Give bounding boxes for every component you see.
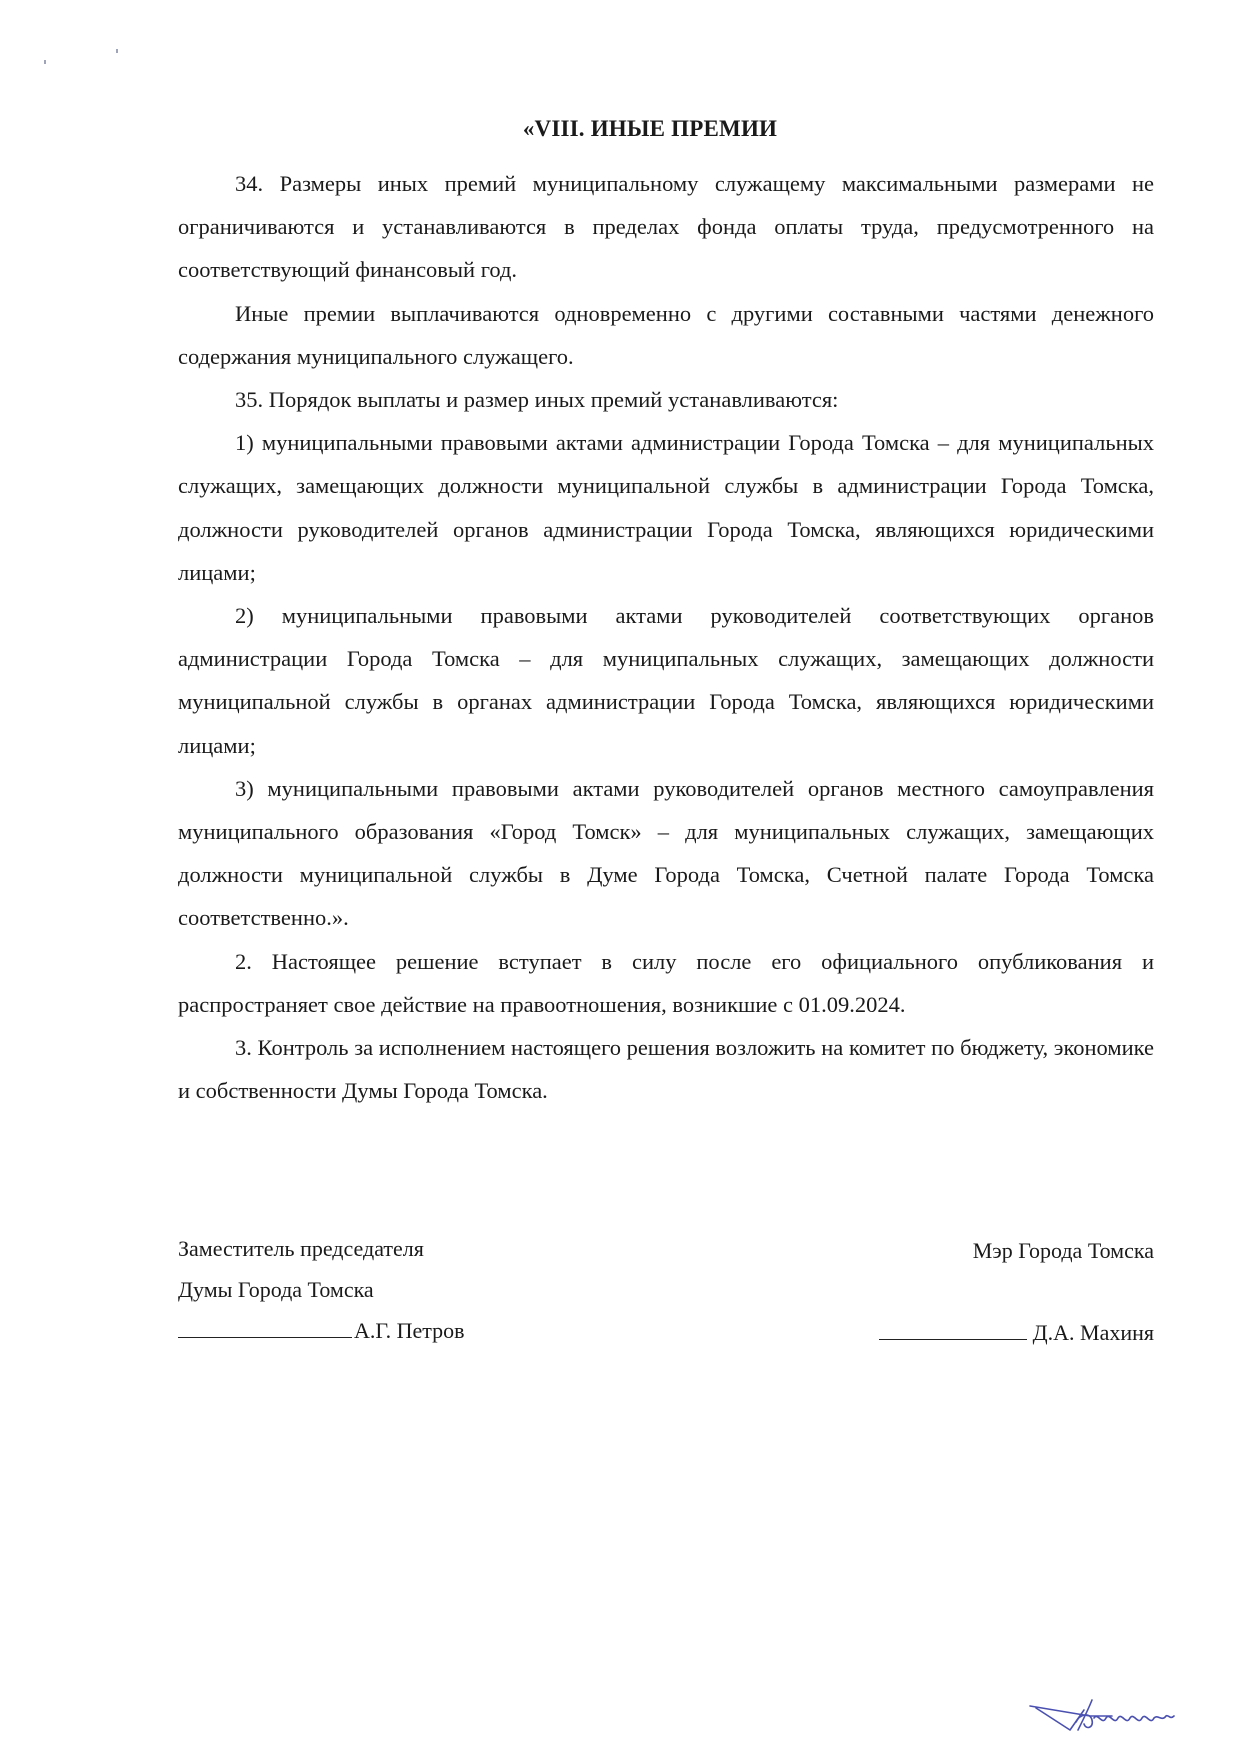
signer-position-line1: Заместитель председателя	[178, 1228, 465, 1269]
paragraph-2-effective-date: 2. Настоящее решение вступает в силу пос…	[178, 940, 1154, 1026]
signer-position: Мэр Города Томска	[879, 1230, 1154, 1271]
scan-speck	[116, 49, 118, 53]
signature-block-left: Заместитель председателя Думы Города Том…	[178, 1228, 465, 1351]
signer-name: А.Г. Петров	[354, 1318, 465, 1343]
signer-position-line2: Думы Города Томска	[178, 1269, 465, 1310]
spacer	[879, 1271, 1154, 1312]
paragraph-other-premiums: Иные премии выплачиваются одновременно с…	[178, 292, 1154, 378]
signer-name: Д.А. Махиня	[1033, 1320, 1154, 1345]
document-page: «VIII. ИНЫЕ ПРЕМИИ 34. Размеры иных прем…	[0, 0, 1240, 1753]
paragraph-35-item-1: 1) муниципальными правовыми актами админ…	[178, 421, 1154, 594]
handwritten-initials-icon	[1028, 1692, 1188, 1736]
signature-line	[879, 1339, 1027, 1340]
signer-name-row: А.Г. Петров	[178, 1310, 465, 1351]
section-title: «VIII. ИНЫЕ ПРЕМИИ	[0, 116, 1240, 142]
signature-block-right: Мэр Города Томска Д.А. Махиня	[879, 1230, 1154, 1353]
signer-name-row: Д.А. Махиня	[879, 1312, 1154, 1353]
scan-speck	[44, 60, 46, 64]
paragraph-3-control: 3. Контроль за исполнением настоящего ре…	[178, 1026, 1154, 1112]
paragraph-35-item-2: 2) муниципальными правовыми актами руков…	[178, 594, 1154, 767]
document-body: 34. Размеры иных премий муниципальному с…	[178, 162, 1154, 1112]
signature-line	[178, 1337, 352, 1338]
paragraph-34: 34. Размеры иных премий муниципальному с…	[178, 162, 1154, 292]
paragraph-35: 35. Порядок выплаты и размер иных премий…	[178, 378, 1154, 421]
paragraph-35-item-3: 3) муниципальными правовыми актами руков…	[178, 767, 1154, 940]
